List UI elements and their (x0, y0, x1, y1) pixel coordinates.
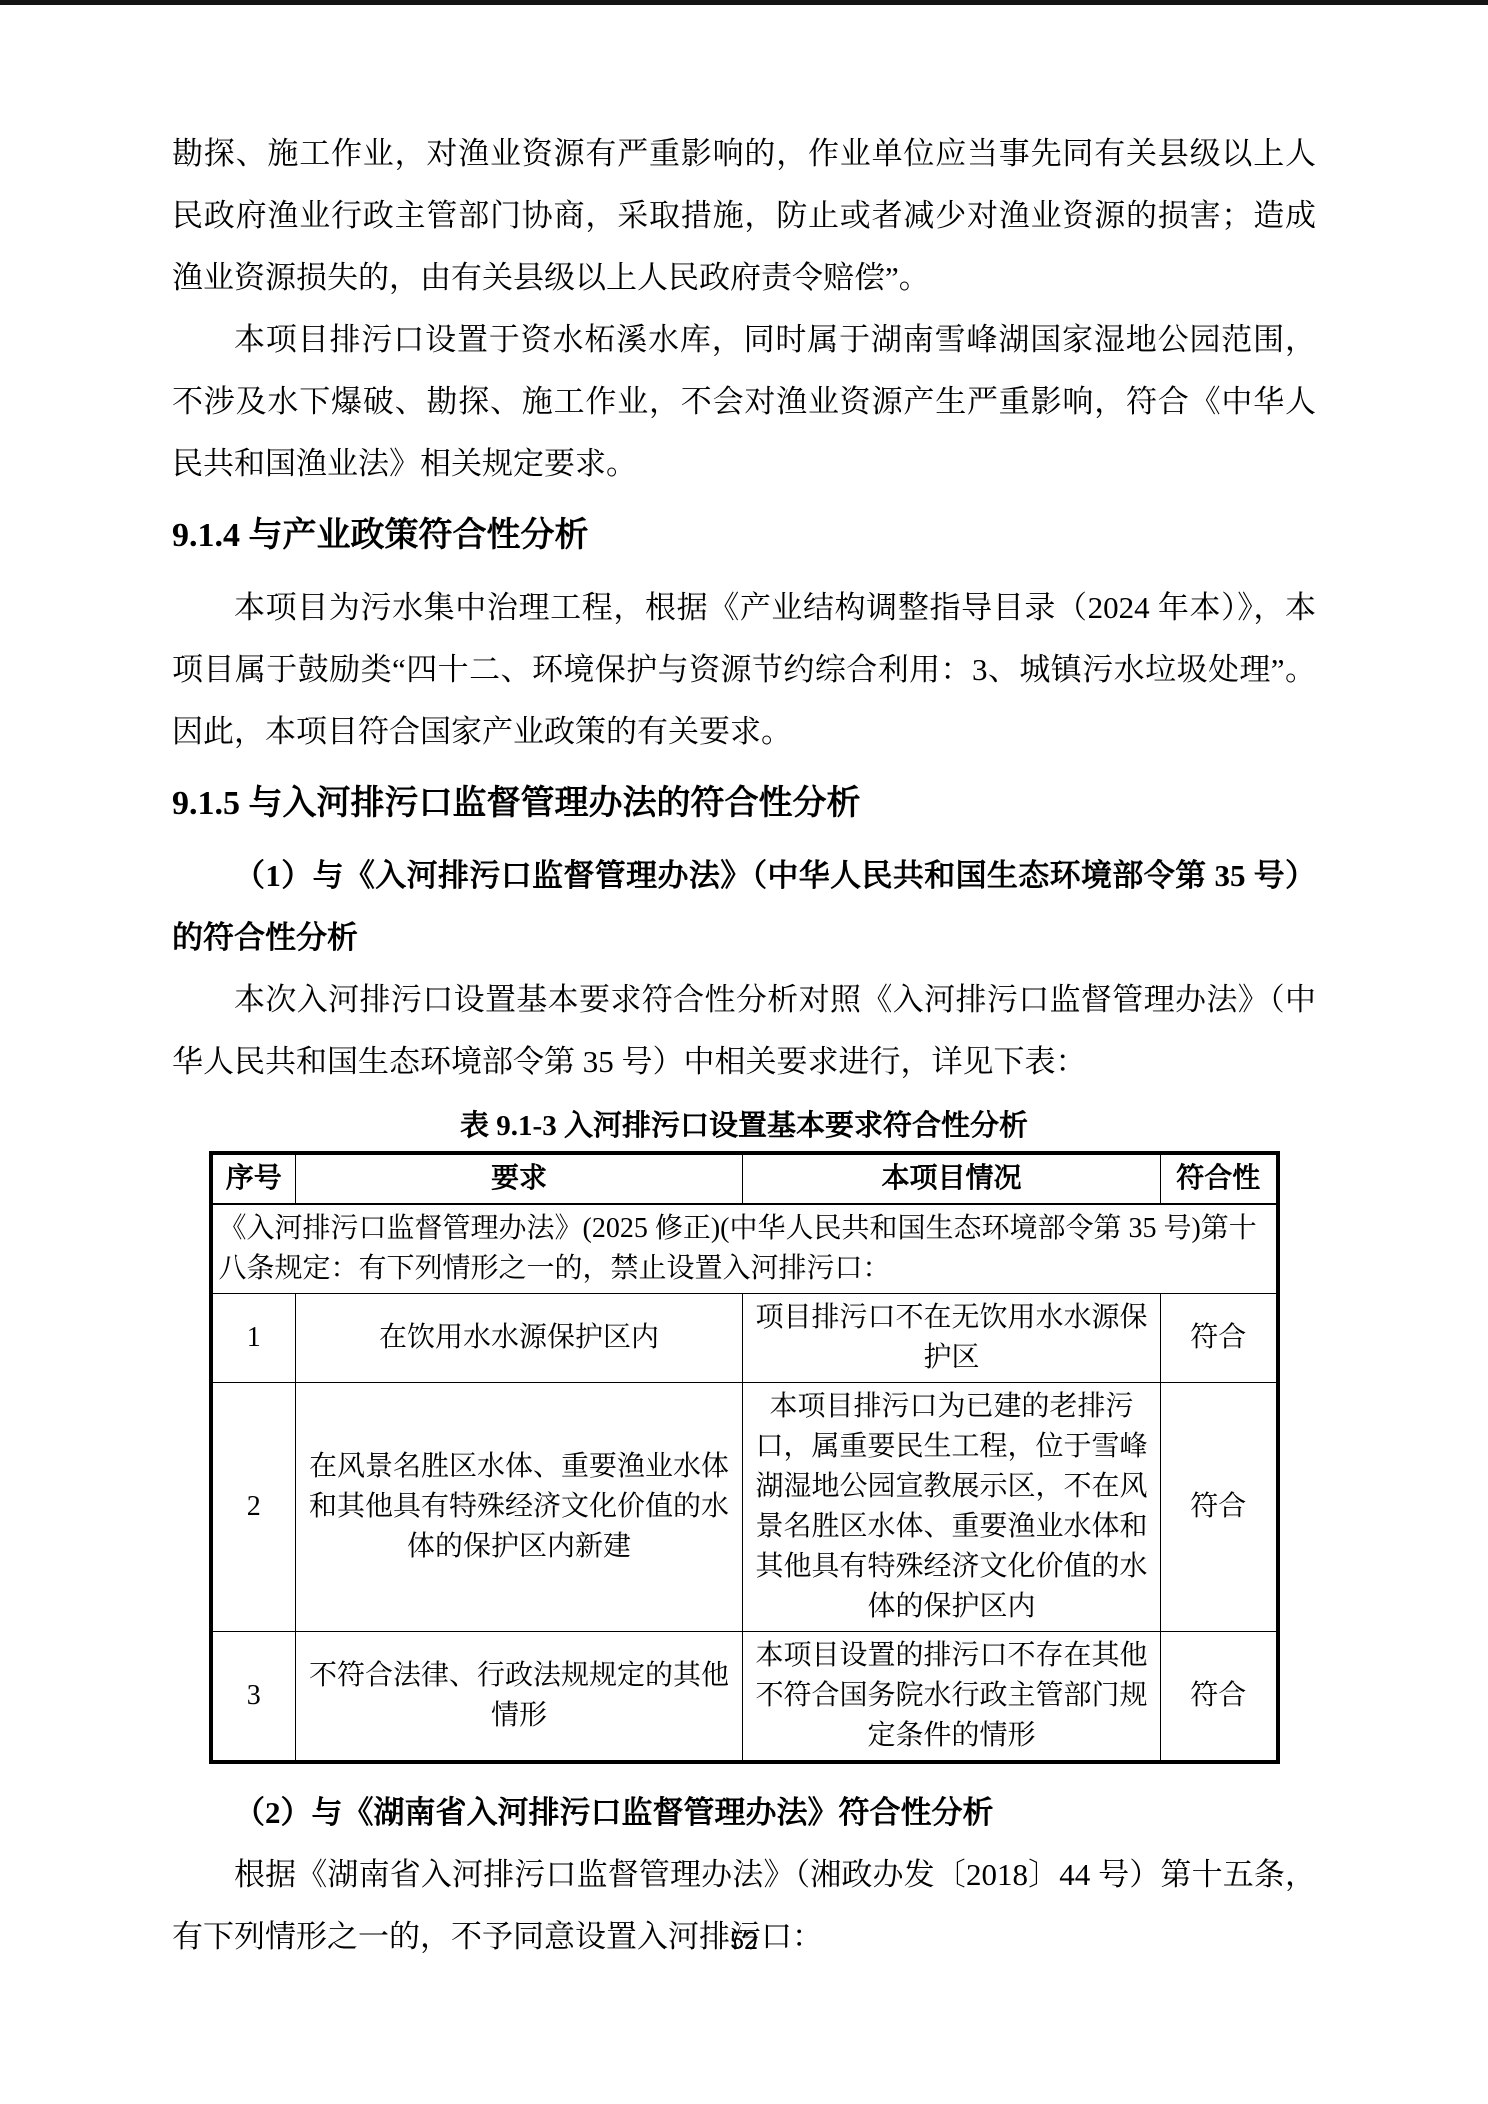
paragraph-project-outfall: 本项目排污口设置于资水柘溪水库，同时属于湖南雪峰湖国家湿地公园范围，不涉及水下爆… (172, 309, 1316, 495)
row3-no: 3 (211, 1632, 296, 1763)
table-header-row: 序号 要求 本项目情况 符合性 (211, 1153, 1278, 1204)
page-content: 勘探、施工作业，对渔业资源有严重影响的，作业单位应当事先同有关县级以上人民政府渔… (0, 5, 1488, 1968)
row2-compliance: 符合 (1161, 1383, 1278, 1632)
table-row: 2 在风景名胜区水体、重要渔业水体和其他具有特殊经济文化价值的水体的保护区内新建… (211, 1383, 1278, 1632)
rule-row-cell: 《入河排污口监督管理办法》(2025 修正)(中华人民共和国生态环境部令第 35… (211, 1204, 1278, 1294)
header-cell-no: 序号 (211, 1153, 296, 1204)
paragraph-fishery-law-continuation: 勘探、施工作业，对渔业资源有严重影响的，作业单位应当事先同有关县级以上人民政府渔… (172, 123, 1316, 309)
row2-situation: 本项目排污口为已建的老排污口，属重要民生工程，位于雪峰湖湿地公园宣教展示区，不在… (743, 1383, 1161, 1632)
heading-9-1-4: 9.1.4 与产业政策符合性分析 (172, 510, 1316, 562)
row2-no: 2 (211, 1383, 296, 1632)
page-number: 52 (0, 1927, 1488, 1956)
table-rule-row: 《入河排污口监督管理办法》(2025 修正)(中华人民共和国生态环境部令第 35… (211, 1204, 1278, 1294)
row3-situation: 本项目设置的排污口不存在其他不符合国务院水行政主管部门规定条件的情形 (743, 1632, 1161, 1763)
table-caption: 表 9.1-3 入河排污口设置基本要求符合性分析 (172, 1105, 1316, 1147)
table-row: 1 在饮用水水源保护区内 项目排污口不在无饮用水水源保护区 符合 (211, 1294, 1278, 1383)
compliance-table: 序号 要求 本项目情况 符合性 《入河排污口监督管理办法》(2025 修正)(中… (209, 1151, 1280, 1764)
header-cell-situation: 本项目情况 (743, 1153, 1161, 1204)
subheading-2-hunan-measures: （2）与《湖南省入河排污口监督管理办法》符合性分析 (172, 1782, 1316, 1844)
row3-compliance: 符合 (1161, 1632, 1278, 1763)
row1-situation: 项目排污口不在无饮用水水源保护区 (743, 1294, 1161, 1383)
paragraph-comparison-intro: 本次入河排污口设置基本要求符合性分析对照《入河排污口监督管理办法》（中华人民共和… (172, 969, 1316, 1093)
row2-requirement: 在风景名胜区水体、重要渔业水体和其他具有特殊经济文化价值的水体的保护区内新建 (296, 1383, 743, 1632)
header-cell-compliance: 符合性 (1161, 1153, 1278, 1204)
header-cell-requirement: 要求 (296, 1153, 743, 1204)
row1-compliance: 符合 (1161, 1294, 1278, 1383)
heading-9-1-5: 9.1.5 与入河排污口监督管理办法的符合性分析 (172, 778, 1316, 830)
document-page: { "page": { "number": "52" }, "content":… (0, 0, 1488, 2104)
row3-requirement: 不符合法律、行政法规规定的其他情形 (296, 1632, 743, 1763)
row1-no: 1 (211, 1294, 296, 1383)
table-row: 3 不符合法律、行政法规规定的其他情形 本项目设置的排污口不存在其他不符合国务院… (211, 1632, 1278, 1763)
row1-requirement: 在饮用水水源保护区内 (296, 1294, 743, 1383)
subheading-1-national-measures: （1）与《入河排污口监督管理办法》（中华人民共和国生态环境部令第 35 号）的符… (172, 845, 1316, 969)
paragraph-industry-policy: 本项目为污水集中治理工程，根据《产业结构调整指导目录（2024 年本）》，本项目… (172, 577, 1316, 763)
